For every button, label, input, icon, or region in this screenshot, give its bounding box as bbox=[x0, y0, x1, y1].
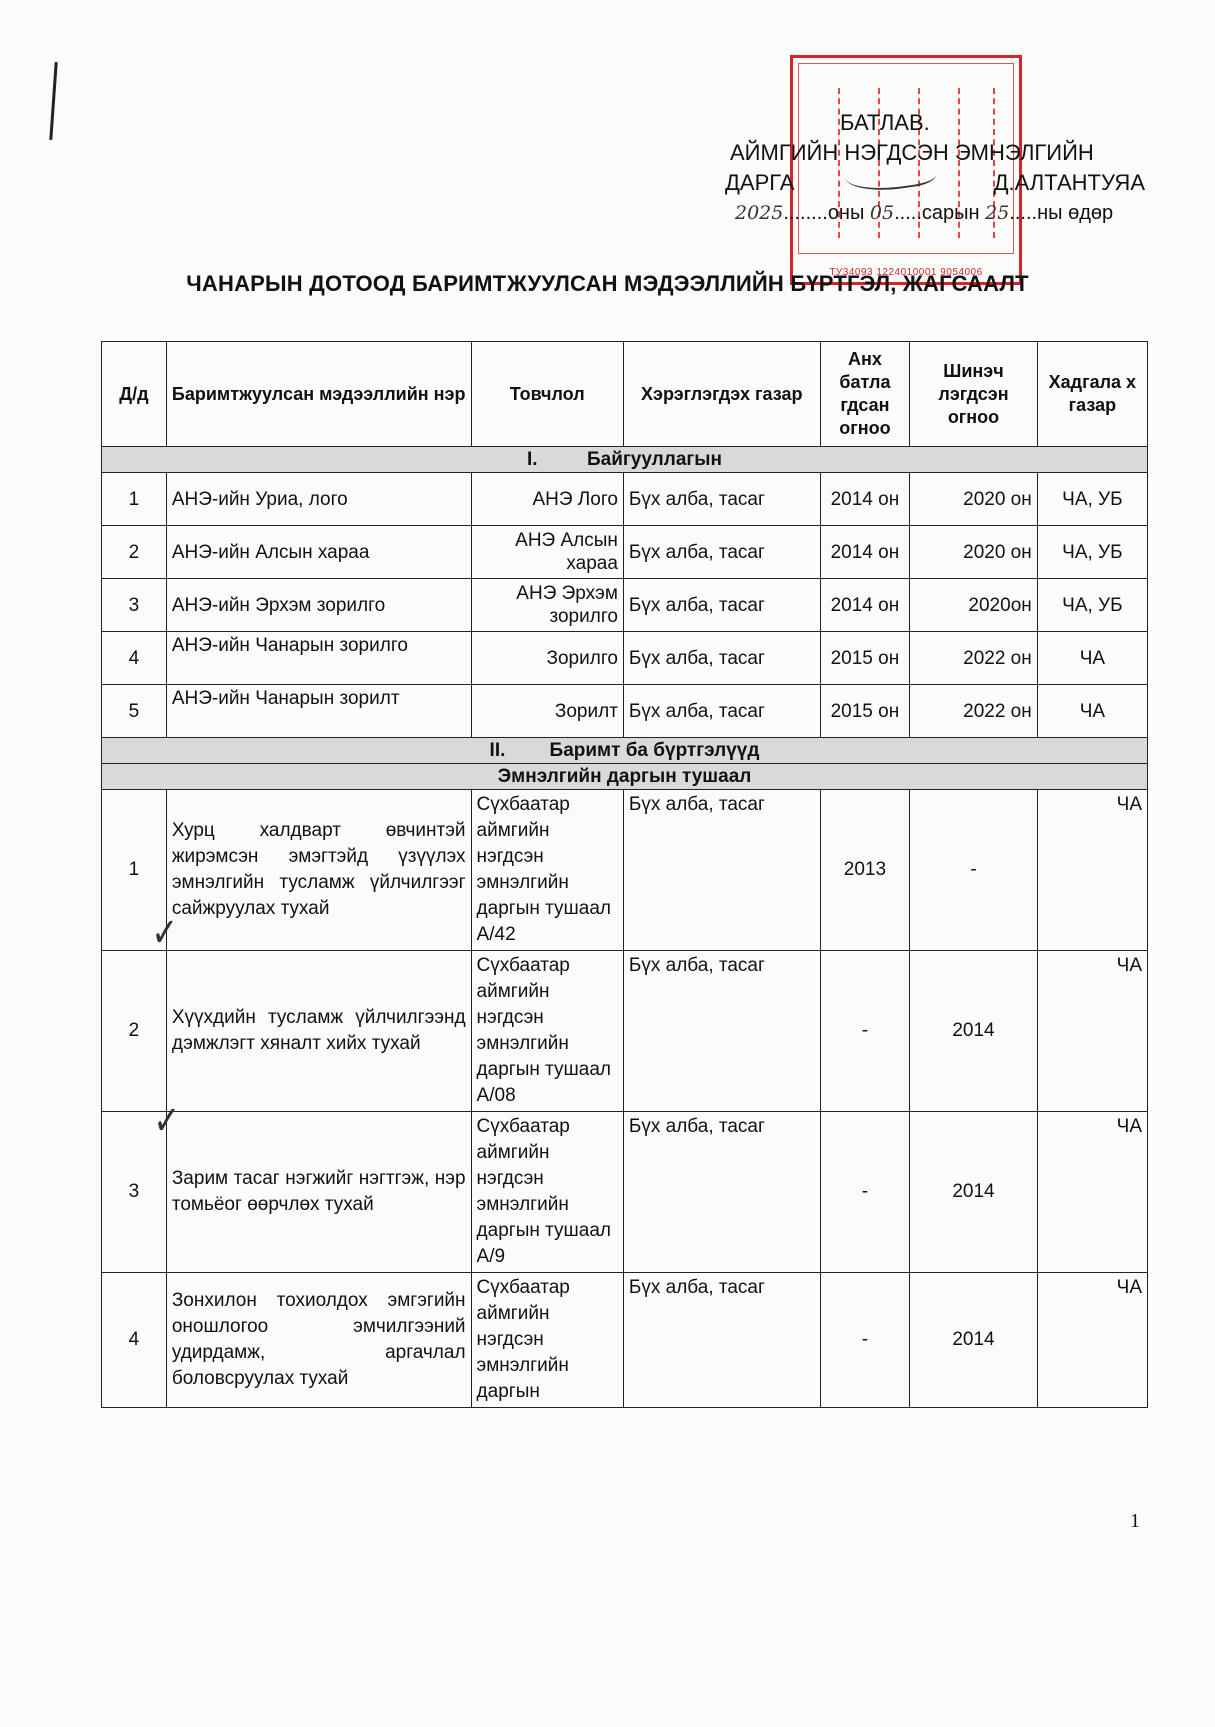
row-place: Бүх алба, тасаг bbox=[623, 473, 820, 526]
row-name: Зарим тасаг нэгжийг нэгтгэж, нэр томьёог… bbox=[166, 1112, 471, 1273]
row-approved: 2014 он bbox=[820, 473, 910, 526]
day-suffix: .....ны өдөр bbox=[1009, 202, 1113, 224]
row-abbr: Сүхбаатар аймгийн нэгдсэн эмнэлгийн дарг… bbox=[471, 1273, 623, 1408]
row-storage: ЧА, УБ bbox=[1037, 526, 1147, 579]
col-header-abbr: Товчлол bbox=[471, 342, 623, 447]
row-updated: 2022 он bbox=[910, 685, 1038, 738]
row-name: АНЭ-ийн Чанарын зорилго bbox=[166, 632, 471, 685]
table-row: 5АНЭ-ийн Чанарын зорилтЗорилтБүх алба, т… bbox=[102, 685, 1148, 738]
approval-signatory: ДАРГА Д.АЛТАНТУЯА bbox=[660, 168, 1145, 198]
approval-org: АЙМГИЙН НЭГДСЭН ЭМНЭЛГИЙН bbox=[660, 138, 1145, 168]
row-place: Бүх алба, тасаг bbox=[623, 790, 820, 951]
section-number: II. bbox=[490, 740, 550, 762]
section-heading: I.Байгууллагын bbox=[102, 447, 1148, 473]
section-number: I. bbox=[527, 449, 587, 471]
row-updated: 2020 он bbox=[910, 473, 1038, 526]
table-row: 2Хүүхдийн тусламж үйлчилгээнд дэмжлэгт х… bbox=[102, 951, 1148, 1112]
row-name: АНЭ-ийн Эрхэм зорилго bbox=[166, 579, 471, 632]
row-storage: ЧА bbox=[1037, 1273, 1147, 1408]
table-row: 3Зарим тасаг нэгжийг нэгтгэж, нэр томьёо… bbox=[102, 1112, 1148, 1273]
registry-table: Д/д Баримтжуулсан мэдээллийн нэр Товчлол… bbox=[101, 341, 1148, 1408]
row-updated: 2014 bbox=[910, 951, 1038, 1112]
row-name: Зонхилон тохиолдох эмгэгийн оношлогоо эм… bbox=[166, 1273, 471, 1408]
row-place: Бүх алба, тасаг bbox=[623, 951, 820, 1112]
row-storage: ЧА, УБ bbox=[1037, 473, 1147, 526]
table-row: 1Хурц халдварт өвчинтэй жирэмсэн эмэгтэй… bbox=[102, 790, 1148, 951]
row-number: 4 bbox=[102, 1273, 167, 1408]
col-header-no: Д/д bbox=[102, 342, 167, 447]
row-abbr: Сүхбаатар аймгийн нэгдсэн эмнэлгийн дарг… bbox=[471, 951, 623, 1112]
row-abbr: АНЭ Эрхэм зорилго bbox=[471, 579, 623, 632]
row-storage: ЧА bbox=[1037, 685, 1147, 738]
row-place: Бүх алба, тасаг bbox=[623, 526, 820, 579]
table-row: 4АНЭ-ийн Чанарын зорилгоЗорилгоБүх алба,… bbox=[102, 632, 1148, 685]
row-name: Хүүхдийн тусламж үйлчилгээнд дэмжлэгт хя… bbox=[166, 951, 471, 1112]
row-updated: 2014 bbox=[910, 1273, 1038, 1408]
row-updated: - bbox=[910, 790, 1038, 951]
approval-name: Д.АЛТАНТУЯА bbox=[994, 168, 1145, 198]
row-approved: 2014 он bbox=[820, 579, 910, 632]
section-title: Баримт ба бүртгэлүүд bbox=[550, 740, 760, 761]
row-storage: ЧА bbox=[1037, 1112, 1147, 1273]
row-abbr: Сүхбаатар аймгийн нэгдсэн эмнэлгийн дарг… bbox=[471, 790, 623, 951]
table-row: 2АНЭ-ийн Алсын харааАНЭ Алсын харааБүх а… bbox=[102, 526, 1148, 579]
row-approved: 2013 bbox=[820, 790, 910, 951]
row-abbr: Зорилт bbox=[471, 685, 623, 738]
section-row: II.Баримт ба бүртгэлүүд bbox=[102, 738, 1148, 764]
row-name: АНЭ-ийн Алсын хараа bbox=[166, 526, 471, 579]
row-approved: 2015 он bbox=[820, 632, 910, 685]
row-place: Бүх алба, тасаг bbox=[623, 1112, 820, 1273]
check-mark-icon: ✓ bbox=[153, 1098, 180, 1144]
section-row: I.Байгууллагын bbox=[102, 447, 1148, 473]
row-storage: ЧА bbox=[1037, 632, 1147, 685]
row-abbr: Сүхбаатар аймгийн нэгдсэн эмнэлгийн дарг… bbox=[471, 1112, 623, 1273]
check-mark-icon: ✓ bbox=[151, 910, 178, 956]
handwritten-year: 2025 bbox=[735, 202, 783, 224]
col-header-place: Хэрэглэгдэх газар bbox=[623, 342, 820, 447]
col-header-storage: Хадгала х газар bbox=[1037, 342, 1147, 447]
approval-label: БАТЛАВ. bbox=[660, 108, 1145, 138]
approval-block: БАТЛАВ. АЙМГИЙН НЭГДСЭН ЭМНЭЛГИЙН ДАРГА … bbox=[660, 108, 1145, 228]
handwritten-month: 05 bbox=[870, 202, 894, 224]
subsection-heading: Эмнэлгийн даргын тушаал bbox=[102, 764, 1148, 790]
row-updated: 2014 bbox=[910, 1112, 1038, 1273]
row-storage: ЧА bbox=[1037, 951, 1147, 1112]
row-abbr: АНЭ Лого bbox=[471, 473, 623, 526]
row-place: Бүх алба, тасаг bbox=[623, 579, 820, 632]
col-header-approved: Анх батла гдсан огноо bbox=[820, 342, 910, 447]
row-place: Бүх алба, тасаг bbox=[623, 1273, 820, 1408]
row-name: Хурц халдварт өвчинтэй жирэмсэн эмэгтэйд… bbox=[166, 790, 471, 951]
table-row: 1АНЭ-ийн Уриа, логоАНЭ ЛогоБүх алба, тас… bbox=[102, 473, 1148, 526]
table-row: 4Зонхилон тохиолдох эмгэгийн оношлогоо э… bbox=[102, 1273, 1148, 1408]
row-storage: ЧА bbox=[1037, 790, 1147, 951]
approval-date: 2025........оны 05.....сарын 25.....ны ө… bbox=[660, 198, 1145, 228]
subsection-row: Эмнэлгийн даргын тушаал bbox=[102, 764, 1148, 790]
row-approved: - bbox=[820, 951, 910, 1112]
col-header-updated: Шинэч лэгдсэн огноо bbox=[910, 342, 1038, 447]
row-updated: 2022 он bbox=[910, 632, 1038, 685]
row-abbr: Зорилго bbox=[471, 632, 623, 685]
margin-pen-mark bbox=[49, 62, 57, 140]
row-abbr: АНЭ Алсын хараа bbox=[471, 526, 623, 579]
row-updated: 2020он bbox=[910, 579, 1038, 632]
table-row: 3АНЭ-ийн Эрхэм зорилгоАНЭ Эрхэм зорилгоБ… bbox=[102, 579, 1148, 632]
row-number: 2 bbox=[102, 951, 167, 1112]
row-number: 1 bbox=[102, 473, 167, 526]
year-suffix: ........оны bbox=[783, 202, 864, 224]
row-number: 3 bbox=[102, 579, 167, 632]
document-title: ЧАНАРЫН ДОТООД БАРИМТЖУУЛСАН МЭДЭЭЛЛИЙН … bbox=[0, 271, 1215, 297]
row-approved: 2014 он bbox=[820, 526, 910, 579]
page-number: 1 bbox=[1130, 1510, 1140, 1533]
approval-position: ДАРГА bbox=[725, 168, 794, 198]
row-place: Бүх алба, тасаг bbox=[623, 685, 820, 738]
col-header-name: Баримтжуулсан мэдээллийн нэр bbox=[166, 342, 471, 447]
row-name: АНЭ-ийн Чанарын зорилт bbox=[166, 685, 471, 738]
row-storage: ЧА, УБ bbox=[1037, 579, 1147, 632]
row-number: 2 bbox=[102, 526, 167, 579]
handwritten-day: 25 bbox=[985, 202, 1009, 224]
row-number: 4 bbox=[102, 632, 167, 685]
row-place: Бүх алба, тасаг bbox=[623, 632, 820, 685]
row-approved: - bbox=[820, 1273, 910, 1408]
row-approved: - bbox=[820, 1112, 910, 1273]
table-header-row: Д/д Баримтжуулсан мэдээллийн нэр Товчлол… bbox=[102, 342, 1148, 447]
section-heading: II.Баримт ба бүртгэлүүд bbox=[102, 738, 1148, 764]
section-title: Байгууллагын bbox=[587, 449, 722, 470]
row-updated: 2020 он bbox=[910, 526, 1038, 579]
month-suffix: .....сарын bbox=[894, 202, 979, 224]
row-number: 5 bbox=[102, 685, 167, 738]
row-approved: 2015 он bbox=[820, 685, 910, 738]
row-name: АНЭ-ийн Уриа, лого bbox=[166, 473, 471, 526]
